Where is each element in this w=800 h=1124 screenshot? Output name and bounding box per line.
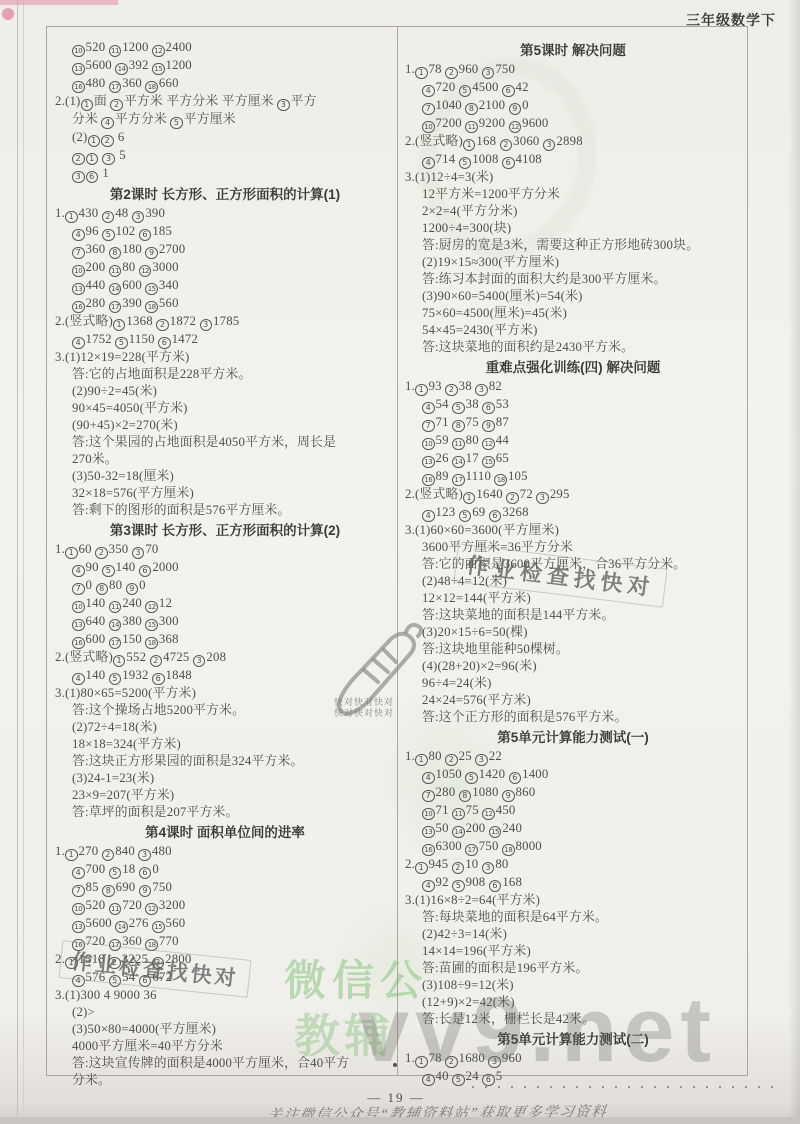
circled-number: 17 bbox=[452, 474, 465, 487]
circled-number: 4 bbox=[422, 772, 435, 785]
circled-number: 5 bbox=[459, 85, 472, 98]
circled-number: 13 bbox=[422, 456, 435, 469]
circled-number: 1 bbox=[88, 135, 101, 148]
answer-line: 2.(1)1面 2平方米 平方分米 平方厘米 3平方 bbox=[55, 93, 395, 111]
circled-number: 10 bbox=[422, 121, 435, 134]
circled-number: 14 bbox=[115, 63, 128, 76]
circled-number: 9 bbox=[502, 790, 515, 803]
answer-line: 135600 14392 151200 bbox=[72, 57, 395, 75]
answer-line: 10520 11720 123200 bbox=[72, 897, 395, 915]
answer-line: 166300 17750 188000 bbox=[422, 838, 741, 856]
circled-number: 15 bbox=[482, 456, 495, 469]
answer-box: 10520 111200 122400135600 14392 15120016… bbox=[46, 26, 748, 1076]
circled-number: 15 bbox=[489, 826, 502, 839]
circled-number: 13 bbox=[72, 63, 85, 76]
scan-artifact-pink-line bbox=[0, 0, 118, 5]
answer-line: (3)50-32=18(厘米) bbox=[72, 468, 395, 485]
circled-number: 12 bbox=[482, 808, 495, 821]
answer-line: 71040 82100 90 bbox=[422, 97, 741, 115]
answer-line: (90+45)×2=270(米) bbox=[72, 417, 395, 434]
circled-number: 11 bbox=[109, 45, 122, 58]
answer-line: 答:厨房的宽是3米，需要这种正方形地砖300块。 bbox=[422, 237, 741, 254]
circled-number: 2 bbox=[102, 211, 115, 224]
circled-number: 15 bbox=[145, 619, 158, 632]
circled-number: 12 bbox=[509, 121, 522, 134]
circled-number: 6 bbox=[489, 880, 502, 893]
answer-line: 答:这个正方形的面积是576平方米。 bbox=[422, 709, 741, 726]
answer-line: 36 1 bbox=[72, 165, 395, 183]
circled-number: 2 bbox=[156, 319, 169, 332]
answer-line: 分米 4平方分米 5平方厘米 bbox=[72, 111, 395, 129]
circled-number: 5 bbox=[109, 867, 122, 880]
answer-line: 3.(1)12÷4=3(米) bbox=[405, 169, 741, 186]
circled-number: 1 bbox=[113, 319, 126, 332]
circled-number: 7 bbox=[422, 420, 435, 433]
answer-line: 1.160 2350 370 bbox=[55, 541, 395, 559]
answer-line: 2.(竖式略)1168 23060 32898 bbox=[405, 133, 741, 151]
answer-line: 10200 1180 123000 bbox=[72, 259, 395, 277]
circled-number: 8 bbox=[102, 885, 115, 898]
answer-line: (2)42÷3=14(米) bbox=[422, 926, 741, 943]
circled-number: 1 bbox=[415, 384, 428, 397]
answer-line: 1689 171110 18105 bbox=[422, 468, 741, 486]
answer-line: 答:这块菜地的面积约是2430平方米。 bbox=[422, 339, 741, 356]
circled-number: 7 bbox=[72, 583, 85, 596]
answer-line: (3)20×15÷6=50(棵) bbox=[422, 624, 741, 641]
answer-line: 14×14=196(平方米) bbox=[422, 943, 741, 960]
scan-artifact-pink-dot bbox=[2, 8, 14, 20]
circled-number: 16 bbox=[422, 844, 435, 857]
section-heading: 第5课时 解决问题 bbox=[405, 42, 741, 59]
answer-line: 7360 8180 92700 bbox=[72, 241, 395, 259]
answer-line: 16280 17390 18560 bbox=[72, 295, 395, 313]
answer-line: 785 8690 9750 bbox=[72, 879, 395, 897]
circled-number: 10 bbox=[72, 903, 85, 916]
scanned-page: 三年级数学下 10520 111200 122400135600 14392 1… bbox=[0, 0, 800, 1124]
kuaidui-note-line: 快对快对快对 bbox=[334, 708, 394, 719]
circled-number: 1 bbox=[86, 153, 99, 166]
answer-line: 490 5140 62000 bbox=[72, 559, 395, 577]
circled-number: 2 bbox=[102, 849, 115, 862]
circled-number: 16 bbox=[72, 81, 85, 94]
answer-line: 10140 11240 1212 bbox=[72, 595, 395, 613]
circled-number: 13 bbox=[72, 921, 85, 934]
answer-line: 3.(1)60×60=3600(平方厘米) bbox=[405, 522, 741, 539]
column-divider bbox=[397, 27, 398, 1075]
circled-number: 7 bbox=[72, 247, 85, 260]
circled-number: 3 bbox=[132, 547, 145, 560]
answer-section: 第2课时 长方形、正方形面积的计算(1)1.1430 248 3390496 5… bbox=[55, 186, 395, 519]
circled-number: 3 bbox=[193, 655, 206, 668]
circled-number: 9 bbox=[139, 885, 152, 898]
kuaidui-small-note: 快对快对快对 快对快对快对 bbox=[334, 697, 394, 719]
answer-line: 23×9=207(平方米) bbox=[72, 787, 395, 804]
answer-line: 1200÷4=300(块) bbox=[422, 220, 741, 237]
circled-number: 6 bbox=[509, 772, 522, 785]
circled-number: 6 bbox=[502, 85, 515, 98]
circled-number: 18 bbox=[494, 474, 507, 487]
page-spine-line-2 bbox=[23, 0, 24, 1124]
answer-line: 1.1430 248 3390 bbox=[55, 205, 395, 223]
circled-number: 2 bbox=[500, 139, 513, 152]
answer-line: 1.193 238 382 bbox=[405, 378, 741, 396]
circled-number: 14 bbox=[452, 826, 465, 839]
circled-number: 6 bbox=[139, 867, 152, 880]
answer-section: 第5课时 解决问题1.178 2960 37504720 54500 64271… bbox=[405, 42, 741, 356]
answer-line: 70 880 90 bbox=[72, 577, 395, 595]
answer-line: 1071 1175 12450 bbox=[422, 802, 741, 820]
circled-number: 3 bbox=[277, 99, 290, 112]
answer-line: 1059 1180 1244 bbox=[422, 432, 741, 450]
circled-number: 15 bbox=[145, 283, 158, 296]
circled-number: 4 bbox=[72, 867, 85, 880]
circled-number: 10 bbox=[72, 265, 85, 278]
answer-line: 771 875 987 bbox=[422, 414, 741, 432]
circled-number: 4 bbox=[422, 157, 435, 170]
circled-number: 5 bbox=[452, 880, 465, 893]
circled-number: 4 bbox=[72, 673, 85, 686]
circled-number: 16 bbox=[72, 301, 85, 314]
answer-line: 答:这块正方形果园的面积是324平方米。 bbox=[72, 753, 395, 770]
answer-line: (3)24-1=23(米) bbox=[72, 770, 395, 787]
circled-number: 6 bbox=[86, 171, 99, 184]
answer-line: 答:苗圃的面积是196平方米。 bbox=[422, 960, 741, 977]
circled-number: 4 bbox=[422, 880, 435, 893]
circled-number: 18 bbox=[145, 81, 158, 94]
circled-number: 6 bbox=[502, 157, 515, 170]
circled-number: 2 bbox=[445, 754, 458, 767]
circled-number: 7 bbox=[72, 885, 85, 898]
circled-number: 3 bbox=[102, 153, 115, 166]
section-heading: 第3课时 长方形、正方形面积的计算(2) bbox=[55, 522, 395, 539]
answer-line: 135600 14276 15560 bbox=[72, 915, 395, 933]
circled-number: 1 bbox=[65, 211, 78, 224]
circled-number: 5 bbox=[102, 565, 115, 578]
circled-number: 11 bbox=[109, 601, 122, 614]
answer-line: 4700 518 60 bbox=[72, 861, 395, 879]
circled-number: 4 bbox=[422, 510, 435, 523]
circled-number: 10 bbox=[422, 438, 435, 451]
section-heading: 第2课时 长方形、正方形面积的计算(1) bbox=[55, 186, 395, 203]
answer-line: 107200 119200 129600 bbox=[422, 115, 741, 133]
circled-number: 13 bbox=[422, 826, 435, 839]
answer-line: 1.1270 2840 3480 bbox=[55, 843, 395, 861]
circled-number: 3 bbox=[475, 754, 488, 767]
circled-number: 12 bbox=[482, 438, 495, 451]
circled-number: 11 bbox=[465, 121, 478, 134]
answer-line: 41050 51420 61400 bbox=[422, 766, 741, 784]
circled-number: 2 bbox=[445, 67, 458, 80]
answer-line: 1.180 225 322 bbox=[405, 748, 741, 766]
circled-number: 5 bbox=[465, 772, 478, 785]
circled-number: 12 bbox=[152, 45, 165, 58]
kuaidui-note-line: 快对快对快对 bbox=[334, 697, 394, 708]
circled-number: 15 bbox=[152, 63, 165, 76]
circled-number: 9 bbox=[509, 103, 522, 116]
answer-line: 32×18=576(平方厘米) bbox=[72, 485, 395, 502]
circled-number: 3 bbox=[482, 862, 495, 875]
section-heading: 重难点强化训练(四) 解决问题 bbox=[405, 359, 741, 376]
circled-number: 3 bbox=[72, 171, 85, 184]
answer-line: 答:每块菜地的面积是64平方米。 bbox=[422, 909, 741, 926]
answer-line: (2)12 6 bbox=[72, 129, 395, 147]
answer-line: 答:这块地里能种50棵树。 bbox=[422, 641, 741, 658]
answer-line: 答:这个果园的占地面积是4050平方米，周长是 bbox=[72, 434, 395, 451]
answer-line: 2×2=4(平方分米) bbox=[422, 203, 741, 220]
answer-line: 1.178 2960 3750 bbox=[405, 61, 741, 79]
circled-number: 4 bbox=[422, 402, 435, 415]
circled-number: 5 bbox=[102, 229, 115, 242]
circled-number: 2 bbox=[72, 153, 85, 166]
circled-number: 6 bbox=[158, 337, 171, 350]
circled-number: 3 bbox=[536, 492, 549, 505]
circled-number: 6 bbox=[482, 402, 495, 415]
circled-number: 3 bbox=[475, 384, 488, 397]
circled-number: 5 bbox=[459, 510, 472, 523]
answer-line: 1326 1417 1565 bbox=[422, 450, 741, 468]
circled-number: 14 bbox=[109, 619, 122, 632]
circled-number: 14 bbox=[109, 283, 122, 296]
circled-number: 18 bbox=[145, 637, 158, 650]
circled-number: 2 bbox=[506, 492, 519, 505]
circled-number: 9 bbox=[126, 583, 139, 596]
section-heading: 第4课时 面积单位间的进率 bbox=[55, 824, 395, 841]
answer-line: 2.(竖式略)11368 21872 31785 bbox=[55, 313, 395, 331]
answer-section: 10520 111200 122400135600 14392 15120016… bbox=[55, 39, 395, 183]
answer-line: 16480 17360 18660 bbox=[72, 75, 395, 93]
answer-line: 41752 51150 61472 bbox=[72, 331, 395, 349]
circled-number: 12 bbox=[145, 903, 158, 916]
answer-line: 2.1945 210 380 bbox=[405, 856, 741, 874]
section-heading: 第5单元计算能力测试(一) bbox=[405, 729, 741, 746]
circled-number: 10 bbox=[72, 45, 85, 58]
answer-line: 4123 569 63268 bbox=[422, 504, 741, 522]
circled-number: 9 bbox=[482, 420, 495, 433]
circled-number: 3 bbox=[543, 139, 556, 152]
circled-number: 13 bbox=[72, 283, 85, 296]
answer-line: 2.(竖式略)11640 272 3295 bbox=[405, 486, 741, 504]
circled-number: 17 bbox=[109, 637, 122, 650]
circled-number: 14 bbox=[452, 456, 465, 469]
circled-number: 16 bbox=[72, 637, 85, 650]
circled-number: 17 bbox=[465, 844, 478, 857]
answer-line: 答:这块菜地的面积是144平方米。 bbox=[422, 607, 741, 624]
circled-number: 6 bbox=[139, 229, 152, 242]
circled-number: 10 bbox=[72, 601, 85, 614]
answer-line: (2)19×15≈300(平方厘米) bbox=[422, 254, 741, 271]
answer-line: 4714 51008 64108 bbox=[422, 151, 741, 169]
circled-number: 16 bbox=[422, 474, 435, 487]
circled-number: 2 bbox=[445, 384, 458, 397]
circled-number: 12 bbox=[139, 265, 152, 278]
page-spine-line bbox=[17, 0, 18, 1124]
answer-line: 492 5908 6168 bbox=[422, 874, 741, 892]
answer-line: 496 5102 6185 bbox=[72, 223, 395, 241]
circled-number: 1 bbox=[463, 139, 476, 152]
circled-number: 18 bbox=[145, 301, 158, 314]
answer-section: 重难点强化训练(四) 解决问题1.193 238 382454 538 6537… bbox=[405, 359, 741, 726]
circled-number: 2 bbox=[95, 547, 108, 560]
circled-number: 6 bbox=[139, 565, 152, 578]
circled-number: 17 bbox=[109, 301, 122, 314]
answer-line: 答:它的占地面积是228平方米。 bbox=[72, 366, 395, 383]
answer-line: 96÷4=24(米) bbox=[422, 675, 741, 692]
circled-number: 5 bbox=[170, 117, 183, 130]
circled-number: 14 bbox=[115, 921, 128, 934]
circled-number: 1 bbox=[415, 67, 428, 80]
answer-line: 1350 14200 15240 bbox=[422, 820, 741, 838]
circled-number: 1 bbox=[415, 862, 428, 875]
circled-number: 2 bbox=[452, 862, 465, 875]
answer-line: 13440 14600 15340 bbox=[72, 277, 395, 295]
circled-number: 6 bbox=[152, 673, 165, 686]
circled-number: 7 bbox=[422, 790, 435, 803]
circled-number: 8 bbox=[465, 103, 478, 116]
answer-line: 10520 111200 122400 bbox=[72, 39, 395, 57]
circled-number: 9 bbox=[145, 247, 158, 260]
circled-number: 13 bbox=[72, 619, 85, 632]
circled-number: 3 bbox=[132, 211, 145, 224]
circled-number: 1 bbox=[415, 754, 428, 767]
circled-number: 8 bbox=[109, 247, 122, 260]
circled-number: 7 bbox=[422, 103, 435, 116]
circled-number: 17 bbox=[109, 81, 122, 94]
answer-line: 24×24=576(平方米) bbox=[422, 692, 741, 709]
answer-line: (2)90÷2=45(米) bbox=[72, 383, 395, 400]
circled-number: 4 bbox=[101, 117, 114, 130]
circled-number: 10 bbox=[422, 808, 435, 821]
circled-number: 4 bbox=[72, 565, 85, 578]
circled-number: 2 bbox=[110, 99, 123, 112]
answer-line: 分米。 bbox=[72, 1072, 395, 1089]
circled-number: 11 bbox=[452, 438, 465, 451]
circled-number: 15 bbox=[152, 921, 165, 934]
circled-number: 4 bbox=[72, 337, 85, 350]
answer-line: 3.(1)16×8÷2=64(平方米) bbox=[405, 892, 741, 909]
circled-number: 11 bbox=[109, 903, 122, 916]
circled-number: 4 bbox=[422, 85, 435, 98]
answer-line: (4)(28+20)×2=96(米) bbox=[422, 658, 741, 675]
circled-number: 8 bbox=[452, 420, 465, 433]
circled-number: 1 bbox=[81, 99, 94, 112]
circled-number: 5 bbox=[115, 337, 128, 350]
footer-dotted-line bbox=[472, 1086, 780, 1088]
left-column: 10520 111200 122400135600 14392 15120016… bbox=[55, 39, 395, 1089]
circled-number: 11 bbox=[452, 808, 465, 821]
answer-line: 4720 54500 642 bbox=[422, 79, 741, 97]
circled-number: 3 bbox=[200, 319, 213, 332]
answer-line: 12平方米=1200平方分米 bbox=[422, 186, 741, 203]
answer-line: 454 538 653 bbox=[422, 396, 741, 414]
circled-number: 1 bbox=[113, 655, 126, 668]
answer-line: 90×45=4050(平方米) bbox=[72, 400, 395, 417]
answer-line: (3)90×60=5400(厘米)=54(米) bbox=[422, 288, 741, 305]
circled-number: 6 bbox=[489, 510, 502, 523]
circled-number: 8 bbox=[459, 790, 472, 803]
page-edge-shadow bbox=[788, 0, 800, 1124]
answer-line: 答:练习本封面的面积大约是300平方厘米。 bbox=[422, 271, 741, 288]
answer-line: 75×60=4500(厘米)=45(米) bbox=[422, 305, 741, 322]
circled-number: 5 bbox=[459, 157, 472, 170]
answer-line: 21 3 5 bbox=[72, 147, 395, 165]
answer-line: 7280 81080 9860 bbox=[422, 784, 741, 802]
site-watermark: vv9.net bbox=[358, 978, 717, 1083]
answer-line: 答:剩下的图形的面积是576平方厘米。 bbox=[72, 502, 395, 519]
circled-number: 2 bbox=[101, 135, 114, 148]
circled-number: 11 bbox=[109, 265, 122, 278]
circled-number: 5 bbox=[109, 673, 122, 686]
answer-line: 270米。 bbox=[72, 451, 395, 468]
circled-number: 5 bbox=[452, 402, 465, 415]
circled-number: 8 bbox=[96, 583, 109, 596]
answer-line: 18×18=324(平方米) bbox=[72, 736, 395, 753]
circled-number: 12 bbox=[145, 601, 158, 614]
circled-number: 18 bbox=[502, 844, 515, 857]
circled-number: 1 bbox=[463, 492, 476, 505]
scan-bottom-edge bbox=[0, 1117, 800, 1124]
circled-number: 3 bbox=[138, 849, 151, 862]
circled-number: 2 bbox=[150, 655, 163, 668]
answer-line: 3.(1)12×19=228(平方米) bbox=[55, 349, 395, 366]
circled-number: 4 bbox=[72, 229, 85, 242]
answer-line: 54×45=2430(平方米) bbox=[422, 322, 741, 339]
circled-number: 1 bbox=[65, 849, 78, 862]
circled-number: 1 bbox=[65, 547, 78, 560]
answer-line: 答:草坪的面积是207平方米。 bbox=[72, 804, 395, 821]
circled-number: 3 bbox=[482, 67, 495, 80]
